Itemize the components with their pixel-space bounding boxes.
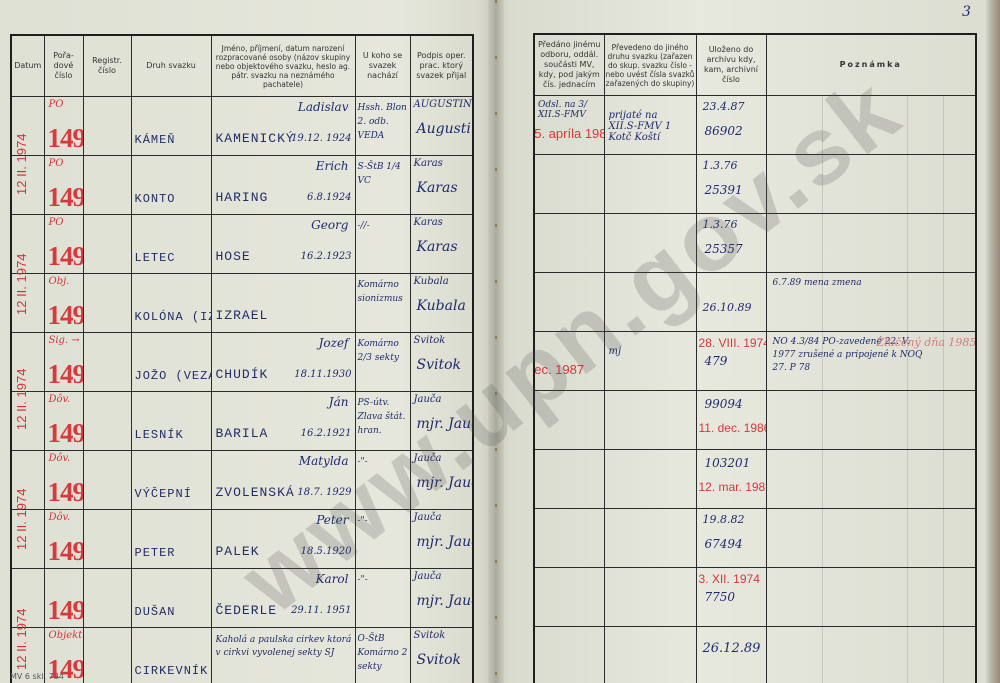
register-row: 12. mar. 1987 103201 bbox=[534, 450, 976, 509]
register-row: 26.10.89 6.7.89 mena zmena bbox=[534, 273, 976, 332]
register-row: 11. dec. 1986 99094 bbox=[534, 391, 976, 450]
header-archived: Uloženo do archivu kdy, kam, archivní čí… bbox=[696, 34, 766, 96]
serial-number: 14965 bbox=[48, 359, 84, 390]
date-of-birth: 18.11.1930 bbox=[294, 369, 351, 380]
register-row: Obj. 14964 KOLÓNA (IZRAEL) IZRAEL Komárn… bbox=[11, 274, 473, 333]
signature-cell: Kubala Kubala bbox=[410, 274, 473, 333]
registry-cell bbox=[83, 628, 131, 683]
archived-cell: 28. VIII. 1974 479 bbox=[696, 332, 766, 391]
serial-cell: PO 14963 bbox=[44, 215, 83, 274]
file-type: LESNÍK bbox=[135, 428, 184, 442]
person-cell: Georg HOSE 16.2.1923 bbox=[211, 215, 355, 274]
date-of-birth: 6.8.1924 bbox=[307, 192, 352, 203]
file-location: -"- bbox=[358, 514, 408, 528]
serial-cell: Obj. 14964 bbox=[44, 274, 83, 333]
register-row: PO 14961 KÁMEŇ Ladislav KAMENICKÝ 19.12.… bbox=[11, 97, 473, 156]
surname: BARILA bbox=[216, 426, 269, 441]
date-of-birth: 18.5.1920 bbox=[301, 546, 352, 557]
handed-over-stamp: 15. apríla 1987 bbox=[534, 126, 604, 141]
transferred-cell: prijaté na XII.S-FMV 1 Kotč Koští bbox=[604, 96, 696, 155]
file-location: -"- bbox=[358, 573, 408, 587]
archived-cell: 23.4.87 86902 bbox=[696, 96, 766, 155]
note-cell bbox=[766, 627, 976, 683]
registry-cell bbox=[83, 451, 131, 510]
signature-cell: Jauča mjr. Jauča bbox=[410, 451, 473, 510]
archive-number: 103201 bbox=[705, 456, 751, 470]
officer-name: Jauča bbox=[414, 512, 442, 523]
signature-cell: Svitok Svitok bbox=[410, 333, 473, 392]
handed-over-cell: Odsl. na 3/ XII.S-FMV 15. apríla 1987 bbox=[534, 96, 604, 155]
person-cell: Peter PALEK 18.5.1920 bbox=[211, 510, 355, 569]
file-type-cell: LESNÍK bbox=[131, 392, 211, 451]
file-type-cell: LETEC bbox=[131, 215, 211, 274]
serial-cell: Dôv. 14968 bbox=[44, 510, 83, 569]
first-name: Peter bbox=[316, 513, 348, 527]
officer-signature: mjr. Jauča bbox=[417, 593, 474, 609]
register-row: Sig. → NO-III/1984 /3 14965 JOŽO (VEZA) … bbox=[11, 333, 473, 392]
note-cell bbox=[766, 568, 976, 627]
note-cell bbox=[766, 391, 976, 450]
header-file-location: U koho se svazek nachází bbox=[355, 35, 410, 97]
transferred-cell bbox=[604, 214, 696, 273]
file-type-cell: PETER bbox=[131, 510, 211, 569]
registry-cell bbox=[83, 569, 131, 628]
file-type-cell: JOŽO (VEZA) bbox=[131, 333, 211, 392]
archive-number: 99094 bbox=[705, 397, 743, 411]
archived-cell: 1.3.76 25391 bbox=[696, 155, 766, 214]
category-note: Dôv. bbox=[49, 394, 71, 405]
category-note: Obj. bbox=[49, 276, 70, 287]
date-stamp: 12 II. 1974 bbox=[14, 489, 29, 550]
file-type-cell: KOLÓNA (IZRAEL) bbox=[131, 274, 211, 333]
officer-name: Kubala bbox=[414, 276, 449, 287]
surname: ZVOLENSKÁ bbox=[216, 485, 295, 500]
officer-signature: Kubala bbox=[417, 298, 466, 314]
archived-cell: 3. XII. 1974 7750 bbox=[696, 568, 766, 627]
person-cell: Karol ČEDERLE 29.11. 1951 bbox=[211, 569, 355, 628]
register-row: 1.3.76 25357 bbox=[534, 214, 976, 273]
note-cell bbox=[766, 96, 976, 155]
first-name: Georg bbox=[311, 218, 348, 232]
serial-cell: PO 14962 bbox=[44, 156, 83, 215]
serial-number: 14962 bbox=[48, 182, 84, 213]
handed-over-note: Odsl. na 3/ XII.S-FMV bbox=[538, 100, 602, 120]
person-cell: Matylda ZVOLENSKÁ 18.7. 1929 bbox=[211, 451, 355, 510]
archive-date: 26.10.89 bbox=[703, 301, 752, 314]
officer-name: Svitok bbox=[414, 335, 446, 346]
register-row: dec. 1987 mj 28. VIII. 1974 479 NO 4.3/8… bbox=[534, 332, 976, 391]
note-cell: NO 4.3/84 PO-zavedené 22. V. 1977 zrušen… bbox=[766, 332, 976, 391]
surname: KAMENICKÝ bbox=[216, 131, 295, 146]
transferred-note: prijaté na XII.S-FMV 1 Kotč Koští bbox=[609, 110, 689, 143]
file-type: KÁMEŇ bbox=[135, 133, 176, 147]
registry-cell bbox=[83, 510, 131, 569]
file-location: S-ŠtB 1/4 VC bbox=[358, 160, 408, 188]
person-cell: Erich HARING 6.8.1924 bbox=[211, 156, 355, 215]
person-cell: Jozef CHUDÍK 18.11.1930 bbox=[211, 333, 355, 392]
binding-stitches bbox=[495, 0, 497, 683]
archive-date: 1.3.76 bbox=[703, 218, 738, 231]
header-handed-over: Předáno jinému odboru, oddál. součásti M… bbox=[534, 34, 604, 96]
surname: CHUDÍK bbox=[216, 367, 269, 382]
date-of-birth: 19.12. 1924 bbox=[291, 133, 351, 144]
transferred-cell bbox=[604, 155, 696, 214]
registry-cell bbox=[83, 215, 131, 274]
officer-name: Jauča bbox=[414, 571, 442, 582]
form-code: MV 6 skl. 734 bbox=[10, 672, 64, 681]
signature-cell: Svitok Svitok bbox=[410, 628, 473, 683]
serial-cell: 14969 bbox=[44, 569, 83, 628]
signature-cell: Jauča mjr. Jauča bbox=[410, 392, 473, 451]
page-edge bbox=[986, 0, 1000, 683]
first-name: Ján bbox=[329, 395, 349, 409]
officer-name: Karas bbox=[414, 158, 443, 169]
page-number: 3 bbox=[962, 4, 971, 20]
signature-cell: Karas Karas bbox=[410, 156, 473, 215]
archive-number: 25357 bbox=[705, 242, 743, 256]
location-cell: Hssh. Blon 2. odb. VEDA bbox=[355, 97, 410, 156]
transferred-cell bbox=[604, 273, 696, 332]
register-row: 1.3.76 25391 bbox=[534, 155, 976, 214]
officer-name: Karas bbox=[414, 217, 443, 228]
file-type-cell: KÁMEŇ bbox=[131, 97, 211, 156]
person-cell: IZRAEL bbox=[211, 274, 355, 333]
file-type: JOŽO (VEZA) bbox=[135, 369, 212, 383]
header-person-name: Jméno, příjmení, datum narození rozpraco… bbox=[211, 35, 355, 97]
serial-number: 14968 bbox=[48, 536, 84, 567]
archive-date: 19.8.82 bbox=[703, 513, 745, 526]
file-location: O-ŠtB Komárno 2 sekty bbox=[358, 632, 408, 674]
left-header-row: Datum Pořa-dové číslo Registr. číslo Dru… bbox=[11, 35, 473, 97]
category-note: Dôv. bbox=[49, 453, 71, 464]
signature-cell: Karas Karas bbox=[410, 215, 473, 274]
category-note: Dôv. bbox=[49, 512, 71, 523]
date-stamp: 12 II. 1974 bbox=[14, 254, 29, 315]
header-serial-number: Pořa-dové číslo bbox=[44, 35, 83, 97]
location-cell: PS-útv. Zlava štát. hran. bbox=[355, 392, 410, 451]
transferred-cell bbox=[604, 568, 696, 627]
officer-name: Jauča bbox=[414, 394, 442, 405]
surname: IZRAEL bbox=[216, 308, 269, 323]
header-officer-signature: Podpis oper. prac. ktorý svazek přijal bbox=[410, 35, 473, 97]
archive-number: 86902 bbox=[705, 124, 743, 138]
header-file-type: Druh svazku bbox=[131, 35, 211, 97]
category-note: Sig. → NO-III/1984 /3 bbox=[49, 335, 84, 346]
handed-over-cell bbox=[534, 450, 604, 509]
archive-date: 1.3.76 bbox=[703, 159, 738, 172]
register-row: Dôv. 14968 PETER Peter PALEK 18.5.1920 -… bbox=[11, 510, 473, 569]
file-location: Komárno sionizmus bbox=[358, 278, 408, 306]
officer-name: Svitok bbox=[414, 630, 446, 641]
officer-signature: Augustin bbox=[417, 121, 474, 137]
signature-cell: Jauča mjr. Jauča bbox=[410, 510, 473, 569]
archived-cell: 12. mar. 1987 103201 bbox=[696, 450, 766, 509]
file-location: -//- bbox=[358, 219, 408, 233]
file-type-cell: VÝČEPNÍ bbox=[131, 451, 211, 510]
file-location: Hssh. Blon 2. odb. VEDA bbox=[358, 101, 408, 143]
note-text: 6.7.89 mena zmena bbox=[773, 277, 933, 290]
note-cell bbox=[766, 509, 976, 568]
register-row: PO 14963 LETEC Georg HOSE 16.2.1923 -//-… bbox=[11, 215, 473, 274]
officer-signature: mjr. Jauča bbox=[417, 416, 474, 432]
registry-cell bbox=[83, 392, 131, 451]
register-row: Objekt 14970 CIRKEVNÍK Kaholá a paulska … bbox=[11, 628, 473, 683]
officer-name: Jauča bbox=[414, 453, 442, 464]
file-type-cell: CIRKEVNÍK bbox=[131, 628, 211, 683]
transferred-note: mj bbox=[609, 346, 689, 357]
header-registry-number: Registr. číslo bbox=[83, 35, 131, 97]
handed-over-cell bbox=[534, 509, 604, 568]
register-row: Dôv. 14966 LESNÍK Ján BARILA 16.2.1921 P… bbox=[11, 392, 473, 451]
left-register-table: Datum Pořa-dové číslo Registr. číslo Dru… bbox=[10, 34, 474, 683]
category-note: PO bbox=[49, 158, 64, 169]
category-note: PO bbox=[49, 217, 64, 228]
register-row: 26.12.89 bbox=[534, 627, 976, 683]
person-cell: Kaholá a paulska cirkev ktorá v cirkvi v… bbox=[211, 628, 355, 683]
file-type: PETER bbox=[135, 546, 176, 560]
location-cell: -"- bbox=[355, 510, 410, 569]
serial-number: 14967 bbox=[48, 477, 84, 508]
register-row: Dôv. 14967 VÝČEPNÍ Matylda ZVOLENSKÁ 18.… bbox=[11, 451, 473, 510]
first-name: Karol bbox=[316, 572, 349, 586]
handed-over-stamp: dec. 1987 bbox=[534, 362, 584, 377]
surname: Kaholá a paulska cirkev ktorá v cirkvi v… bbox=[216, 634, 352, 660]
date-stamp: 12 II. 1974 bbox=[14, 369, 29, 430]
handed-over-cell bbox=[534, 391, 604, 450]
location-cell: -"- bbox=[355, 451, 410, 510]
date-of-birth: 29.11. 1951 bbox=[291, 605, 351, 616]
registry-cell bbox=[83, 156, 131, 215]
transferred-cell bbox=[604, 627, 696, 683]
location-cell: Komárno sionizmus bbox=[355, 274, 410, 333]
serial-cell: Sig. → NO-III/1984 /3 14965 bbox=[44, 333, 83, 392]
first-name: Jozef bbox=[319, 336, 349, 350]
register-row: 14969 DUŠAN Karol ČEDERLE 29.11. 1951 -"… bbox=[11, 569, 473, 628]
archive-stamp: 3. XII. 1974 bbox=[699, 572, 760, 586]
archived-cell: 1.3.76 25357 bbox=[696, 214, 766, 273]
serial-cell: Dôv. 14967 bbox=[44, 451, 83, 510]
header-date: Datum bbox=[11, 35, 44, 97]
file-type-cell: KONTO bbox=[131, 156, 211, 215]
first-name: Ladislav bbox=[298, 100, 349, 114]
handed-over-cell: dec. 1987 bbox=[534, 332, 604, 391]
handed-over-cell bbox=[534, 568, 604, 627]
register-row: 19.8.82 67494 bbox=[534, 509, 976, 568]
file-type-cell: DUŠAN bbox=[131, 569, 211, 628]
file-type: KONTO bbox=[135, 192, 176, 206]
signature-cell: Jauča mjr. Jauča bbox=[410, 569, 473, 628]
surname: HARING bbox=[216, 190, 269, 205]
note-cell: 6.7.89 mena zmena bbox=[766, 273, 976, 332]
register-row: PO 14962 KONTO Erich HARING 6.8.1924 S-Š… bbox=[11, 156, 473, 215]
pencil-note: Zlúčený dňa 1985 bbox=[877, 336, 977, 349]
date-stamp: 12 II. 1974 bbox=[14, 134, 29, 195]
archive-stamp: 11. dec. 1986 bbox=[699, 421, 767, 435]
date-stamp: 12 II. 1974 bbox=[14, 609, 29, 670]
header-transferred: Převedeno do jiného druhu svazku (zařaze… bbox=[604, 34, 696, 96]
file-type: DUŠAN bbox=[135, 605, 176, 619]
first-name: Erich bbox=[316, 159, 349, 173]
category-note: Objekt bbox=[49, 630, 83, 641]
location-cell: S-ŠtB 1/4 VC bbox=[355, 156, 410, 215]
file-location: Komárno 2/3 sekty bbox=[358, 337, 408, 365]
archive-number: 25391 bbox=[705, 183, 743, 197]
officer-signature: mjr. Jauča bbox=[417, 534, 474, 550]
archive-number: 479 bbox=[705, 354, 728, 368]
archived-cell: 19.8.82 67494 bbox=[696, 509, 766, 568]
location-cell: Komárno 2/3 sekty bbox=[355, 333, 410, 392]
category-note: PO bbox=[49, 99, 64, 110]
transferred-cell bbox=[604, 509, 696, 568]
serial-number: 14966 bbox=[48, 418, 84, 449]
file-type: VÝČEPNÍ bbox=[135, 487, 192, 501]
archive-number: 7750 bbox=[705, 590, 736, 604]
note-cell bbox=[766, 155, 976, 214]
serial-number: 14963 bbox=[48, 241, 84, 272]
archive-date: 26.12.89 bbox=[703, 641, 761, 656]
serial-number: 14964 bbox=[48, 300, 84, 331]
surname: HOSE bbox=[216, 249, 251, 264]
file-location: PS-útv. Zlava štát. hran. bbox=[358, 396, 408, 438]
archive-date: 23.4.87 bbox=[703, 100, 745, 113]
officer-signature: Karas bbox=[417, 180, 458, 196]
date-of-birth: 16.2.1921 bbox=[301, 428, 352, 439]
register-row: 3. XII. 1974 7750 bbox=[534, 568, 976, 627]
date-of-birth: 16.2.1923 bbox=[301, 251, 352, 262]
first-name: Matylda bbox=[299, 454, 349, 468]
file-location: -"- bbox=[358, 455, 408, 469]
date-of-birth: 18.7. 1929 bbox=[297, 487, 351, 498]
person-cell: Ján BARILA 16.2.1921 bbox=[211, 392, 355, 451]
handed-over-cell bbox=[534, 155, 604, 214]
person-cell: Ladislav KAMENICKÝ 19.12. 1924 bbox=[211, 97, 355, 156]
officer-name: AUGUSTIN bbox=[414, 99, 472, 110]
archive-stamp: 12. mar. 1987 bbox=[699, 480, 767, 494]
officer-signature: mjr. Jauča bbox=[417, 475, 474, 491]
officer-signature: Karas bbox=[417, 239, 458, 255]
officer-signature: Svitok bbox=[417, 652, 462, 668]
transferred-cell bbox=[604, 391, 696, 450]
archived-cell: 26.10.89 bbox=[696, 273, 766, 332]
note-cell bbox=[766, 450, 976, 509]
archived-cell: 26.12.89 bbox=[696, 627, 766, 683]
surname: ČEDERLE bbox=[216, 603, 278, 618]
handed-over-cell bbox=[534, 214, 604, 273]
file-type: LETEC bbox=[135, 251, 176, 265]
registry-cell bbox=[83, 333, 131, 392]
archived-cell: 11. dec. 1986 99094 bbox=[696, 391, 766, 450]
transferred-cell: mj bbox=[604, 332, 696, 391]
transferred-cell bbox=[604, 450, 696, 509]
location-cell: -//- bbox=[355, 215, 410, 274]
register-row: Odsl. na 3/ XII.S-FMV 15. apríla 1987 pr… bbox=[534, 96, 976, 155]
surname: PALEK bbox=[216, 544, 260, 559]
signature-cell: AUGUSTIN Augustin bbox=[410, 97, 473, 156]
archive-stamp: 28. VIII. 1974 bbox=[699, 336, 767, 350]
file-type: CIRKEVNÍK bbox=[135, 664, 209, 678]
right-header-row: Předáno jinému odboru, oddál. součásti M… bbox=[534, 34, 976, 96]
right-register-table: Předáno jinému odboru, oddál. součásti M… bbox=[533, 33, 977, 683]
note-cell bbox=[766, 214, 976, 273]
serial-cell: PO 14961 bbox=[44, 97, 83, 156]
location-cell: O-ŠtB Komárno 2 sekty bbox=[355, 628, 410, 683]
serial-number: 14969 bbox=[48, 595, 84, 626]
serial-cell: Dôv. 14966 bbox=[44, 392, 83, 451]
header-note: Poznámka bbox=[766, 34, 976, 96]
serial-number: 14961 bbox=[48, 123, 84, 154]
file-type: KOLÓNA (IZRAEL) bbox=[135, 310, 212, 324]
archive-number: 67494 bbox=[705, 537, 743, 551]
location-cell: -"- bbox=[355, 569, 410, 628]
registry-cell bbox=[83, 274, 131, 333]
handed-over-cell bbox=[534, 273, 604, 332]
officer-signature: Svitok bbox=[417, 357, 462, 373]
registry-cell bbox=[83, 97, 131, 156]
handed-over-cell bbox=[534, 627, 604, 683]
